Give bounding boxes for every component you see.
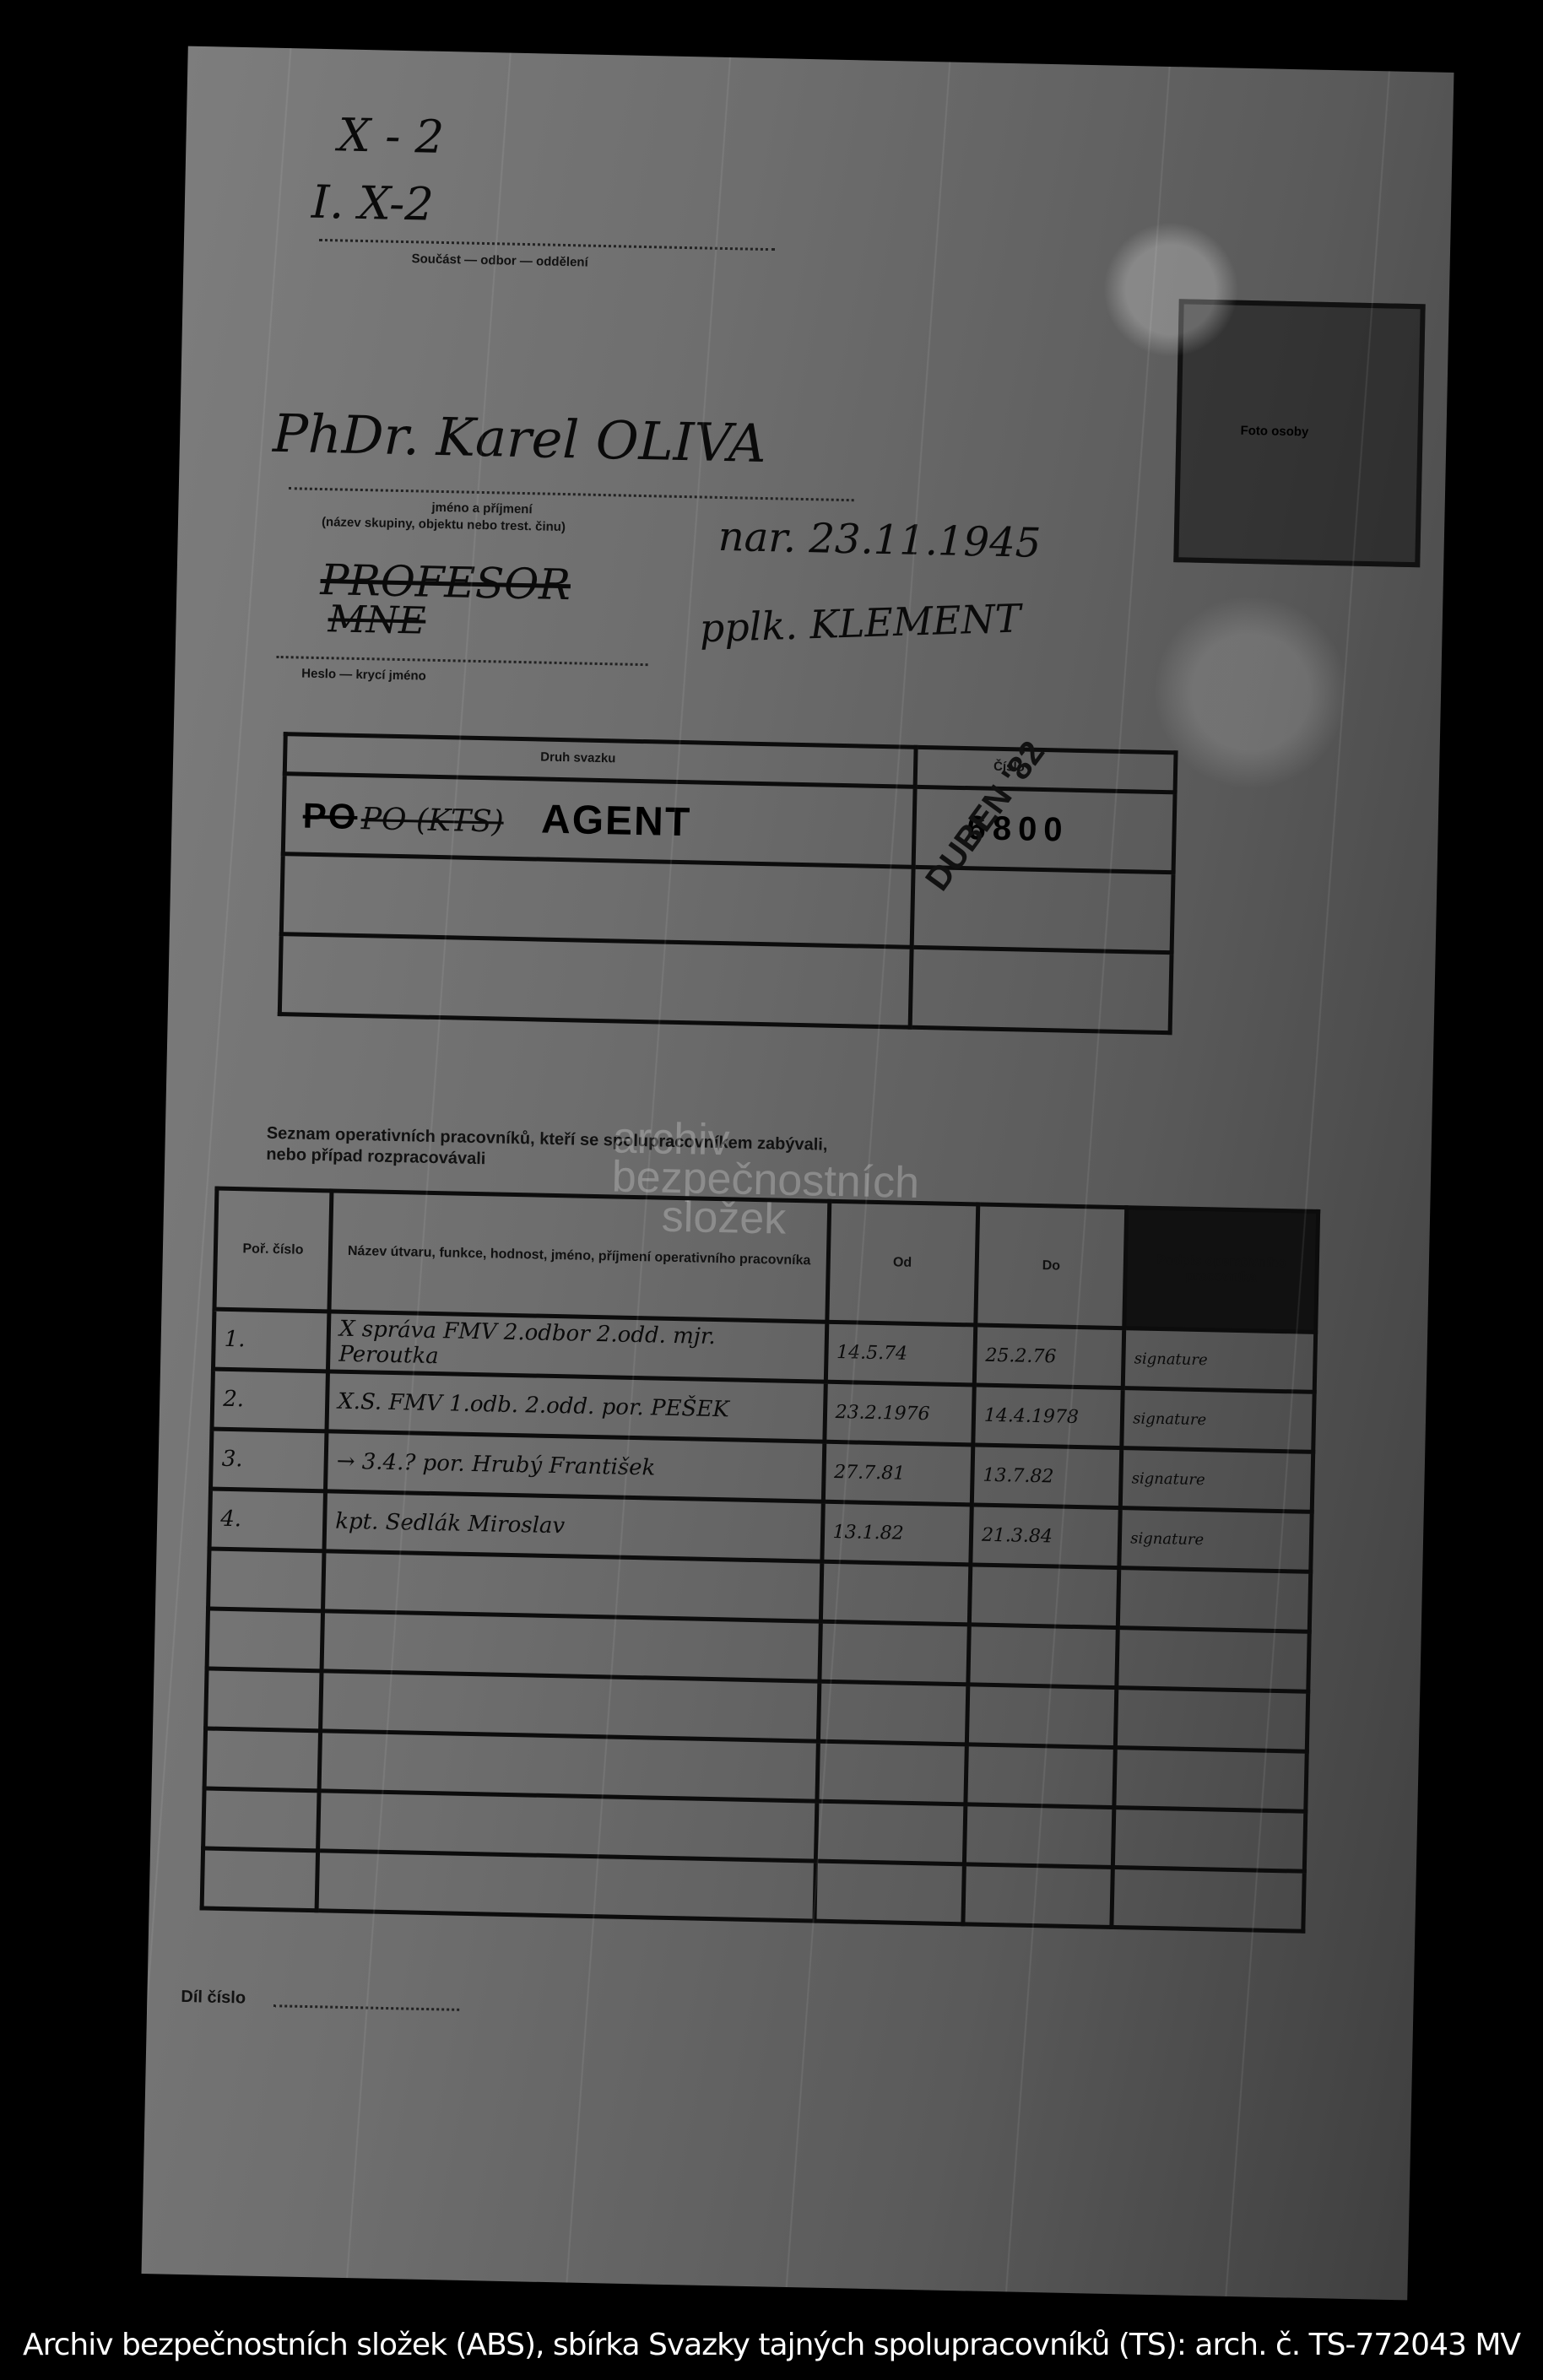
type-value-cell: PO PO (KTS) AGENT <box>283 774 915 868</box>
type-struck-2: PO (KTS) <box>360 802 504 840</box>
name-dotted-line <box>289 487 854 501</box>
cell-no: 4. <box>209 1489 325 1551</box>
cell-signature <box>1117 1628 1309 1692</box>
cell-to: 21.3.84 <box>971 1505 1121 1568</box>
header-no: Poř. číslo <box>214 1188 332 1312</box>
name-label-2: (název skupiny, objektu nebo trest. činu… <box>322 515 566 534</box>
birth-note: nar. 23.11.1945 <box>717 513 1042 567</box>
photo-box: Foto osoby <box>1173 299 1425 567</box>
cell-from <box>820 1561 971 1625</box>
cell-to <box>963 1864 1113 1928</box>
codename-dotted-line <box>277 656 648 666</box>
codename-label: Heslo — krycí jméno <box>301 667 426 684</box>
cell-from <box>818 1681 968 1744</box>
cell-from: 13.1.82 <box>821 1501 972 1565</box>
cell-no <box>207 1609 322 1671</box>
section-handwritten-1: X - 2 <box>338 108 445 164</box>
cell-from <box>819 1621 969 1685</box>
cell-signature <box>1118 1568 1311 1632</box>
scanned-file-cover: X - 2 I. X-2 Součást — odbor — oddělení … <box>142 46 1454 2301</box>
cell-name <box>317 1851 815 1921</box>
part-number-dotted-line <box>273 2004 459 2011</box>
section-label: Součást — odbor — oddělení <box>411 252 587 269</box>
empty-cell <box>910 947 1172 1032</box>
cell-signature <box>1113 1808 1306 1872</box>
cell-no <box>208 1549 324 1611</box>
cell-from: 14.5.74 <box>826 1322 976 1385</box>
cell-to <box>968 1625 1118 1688</box>
codename-struck-2: MNE <box>328 598 426 642</box>
cell-name: kpt. Sedlák Miroslav <box>324 1491 823 1561</box>
cell-no: 1. <box>213 1309 328 1371</box>
cell-signature: signature <box>1122 1388 1314 1452</box>
cell-no <box>202 1848 317 1911</box>
cell-name <box>319 1731 818 1801</box>
codename-note: pplk. KLEMENT <box>699 595 1021 651</box>
cell-signature <box>1116 1688 1308 1752</box>
cell-name <box>322 1611 820 1681</box>
officers-table: Poř. číslo Název útvaru, funkce, hodnost… <box>200 1187 1321 1934</box>
cell-from <box>815 1801 966 1864</box>
cell-to <box>966 1685 1117 1748</box>
cell-no: 3. <box>211 1429 327 1491</box>
cell-from <box>816 1741 966 1804</box>
name-label-1: jméno a příjmení <box>431 500 533 517</box>
cell-name: → 3.4.? por. Hrubý František <box>326 1431 825 1501</box>
cell-to: 25.2.76 <box>974 1325 1124 1388</box>
cell-to <box>966 1744 1116 1808</box>
type-header: Druh svazku <box>540 750 616 766</box>
cell-signature: signature <box>1121 1448 1313 1512</box>
cell-no <box>204 1728 320 1791</box>
photo-box-label: Foto osoby <box>1240 424 1308 440</box>
cell-signature: signature <box>1119 1508 1312 1572</box>
section-dotted-line <box>319 239 775 251</box>
cell-signature <box>1114 1748 1307 1812</box>
part-number-label: Díl číslo <box>181 1988 246 2009</box>
type-value: AGENT <box>541 797 692 845</box>
cell-signature <box>1112 1868 1304 1932</box>
name-handwritten: PhDr. Karel OLIVA <box>272 403 766 474</box>
type-struck: PO <box>302 795 358 836</box>
cell-signature: signature <box>1123 1328 1315 1393</box>
cell-from <box>814 1861 964 1924</box>
cell-from: 23.2.1976 <box>824 1382 974 1445</box>
registration-table: Druh svazku Číslo PO PO (KTS) AGENT 6800 <box>278 732 1178 1035</box>
cell-no: 2. <box>212 1369 328 1431</box>
cell-name: X.S. FMV 1.odb. 2.odd. por. PEŠEK <box>327 1371 826 1442</box>
officers-title-2: nebo případ rozpracovávali <box>266 1145 486 1169</box>
header-name: Název útvaru, funkce, hodnost, jméno, př… <box>329 1191 829 1322</box>
cell-from: 27.7.81 <box>823 1442 973 1505</box>
empty-cell <box>281 854 913 948</box>
cell-to <box>969 1565 1119 1628</box>
cell-to <box>964 1804 1114 1868</box>
header-signature: Podpis operativního pracovníka <box>1124 1208 1318 1333</box>
cell-name <box>323 1551 822 1621</box>
cell-name <box>318 1791 817 1861</box>
cell-to: 14.4.1978 <box>973 1385 1123 1448</box>
header-from: Od <box>826 1201 977 1325</box>
section-handwritten-2: I. X-2 <box>311 176 434 231</box>
cell-name <box>321 1671 820 1741</box>
cell-no <box>206 1669 322 1731</box>
cell-name: X správa FMV 2.odbor 2.odd. mjr. Peroutk… <box>328 1312 826 1382</box>
archive-caption: Archiv bezpečnostních složek (ABS), sbír… <box>0 2328 1543 2362</box>
cell-no <box>203 1788 319 1851</box>
header-to: Do <box>976 1204 1127 1328</box>
cell-to: 13.7.82 <box>972 1445 1122 1508</box>
empty-cell <box>279 934 912 1028</box>
